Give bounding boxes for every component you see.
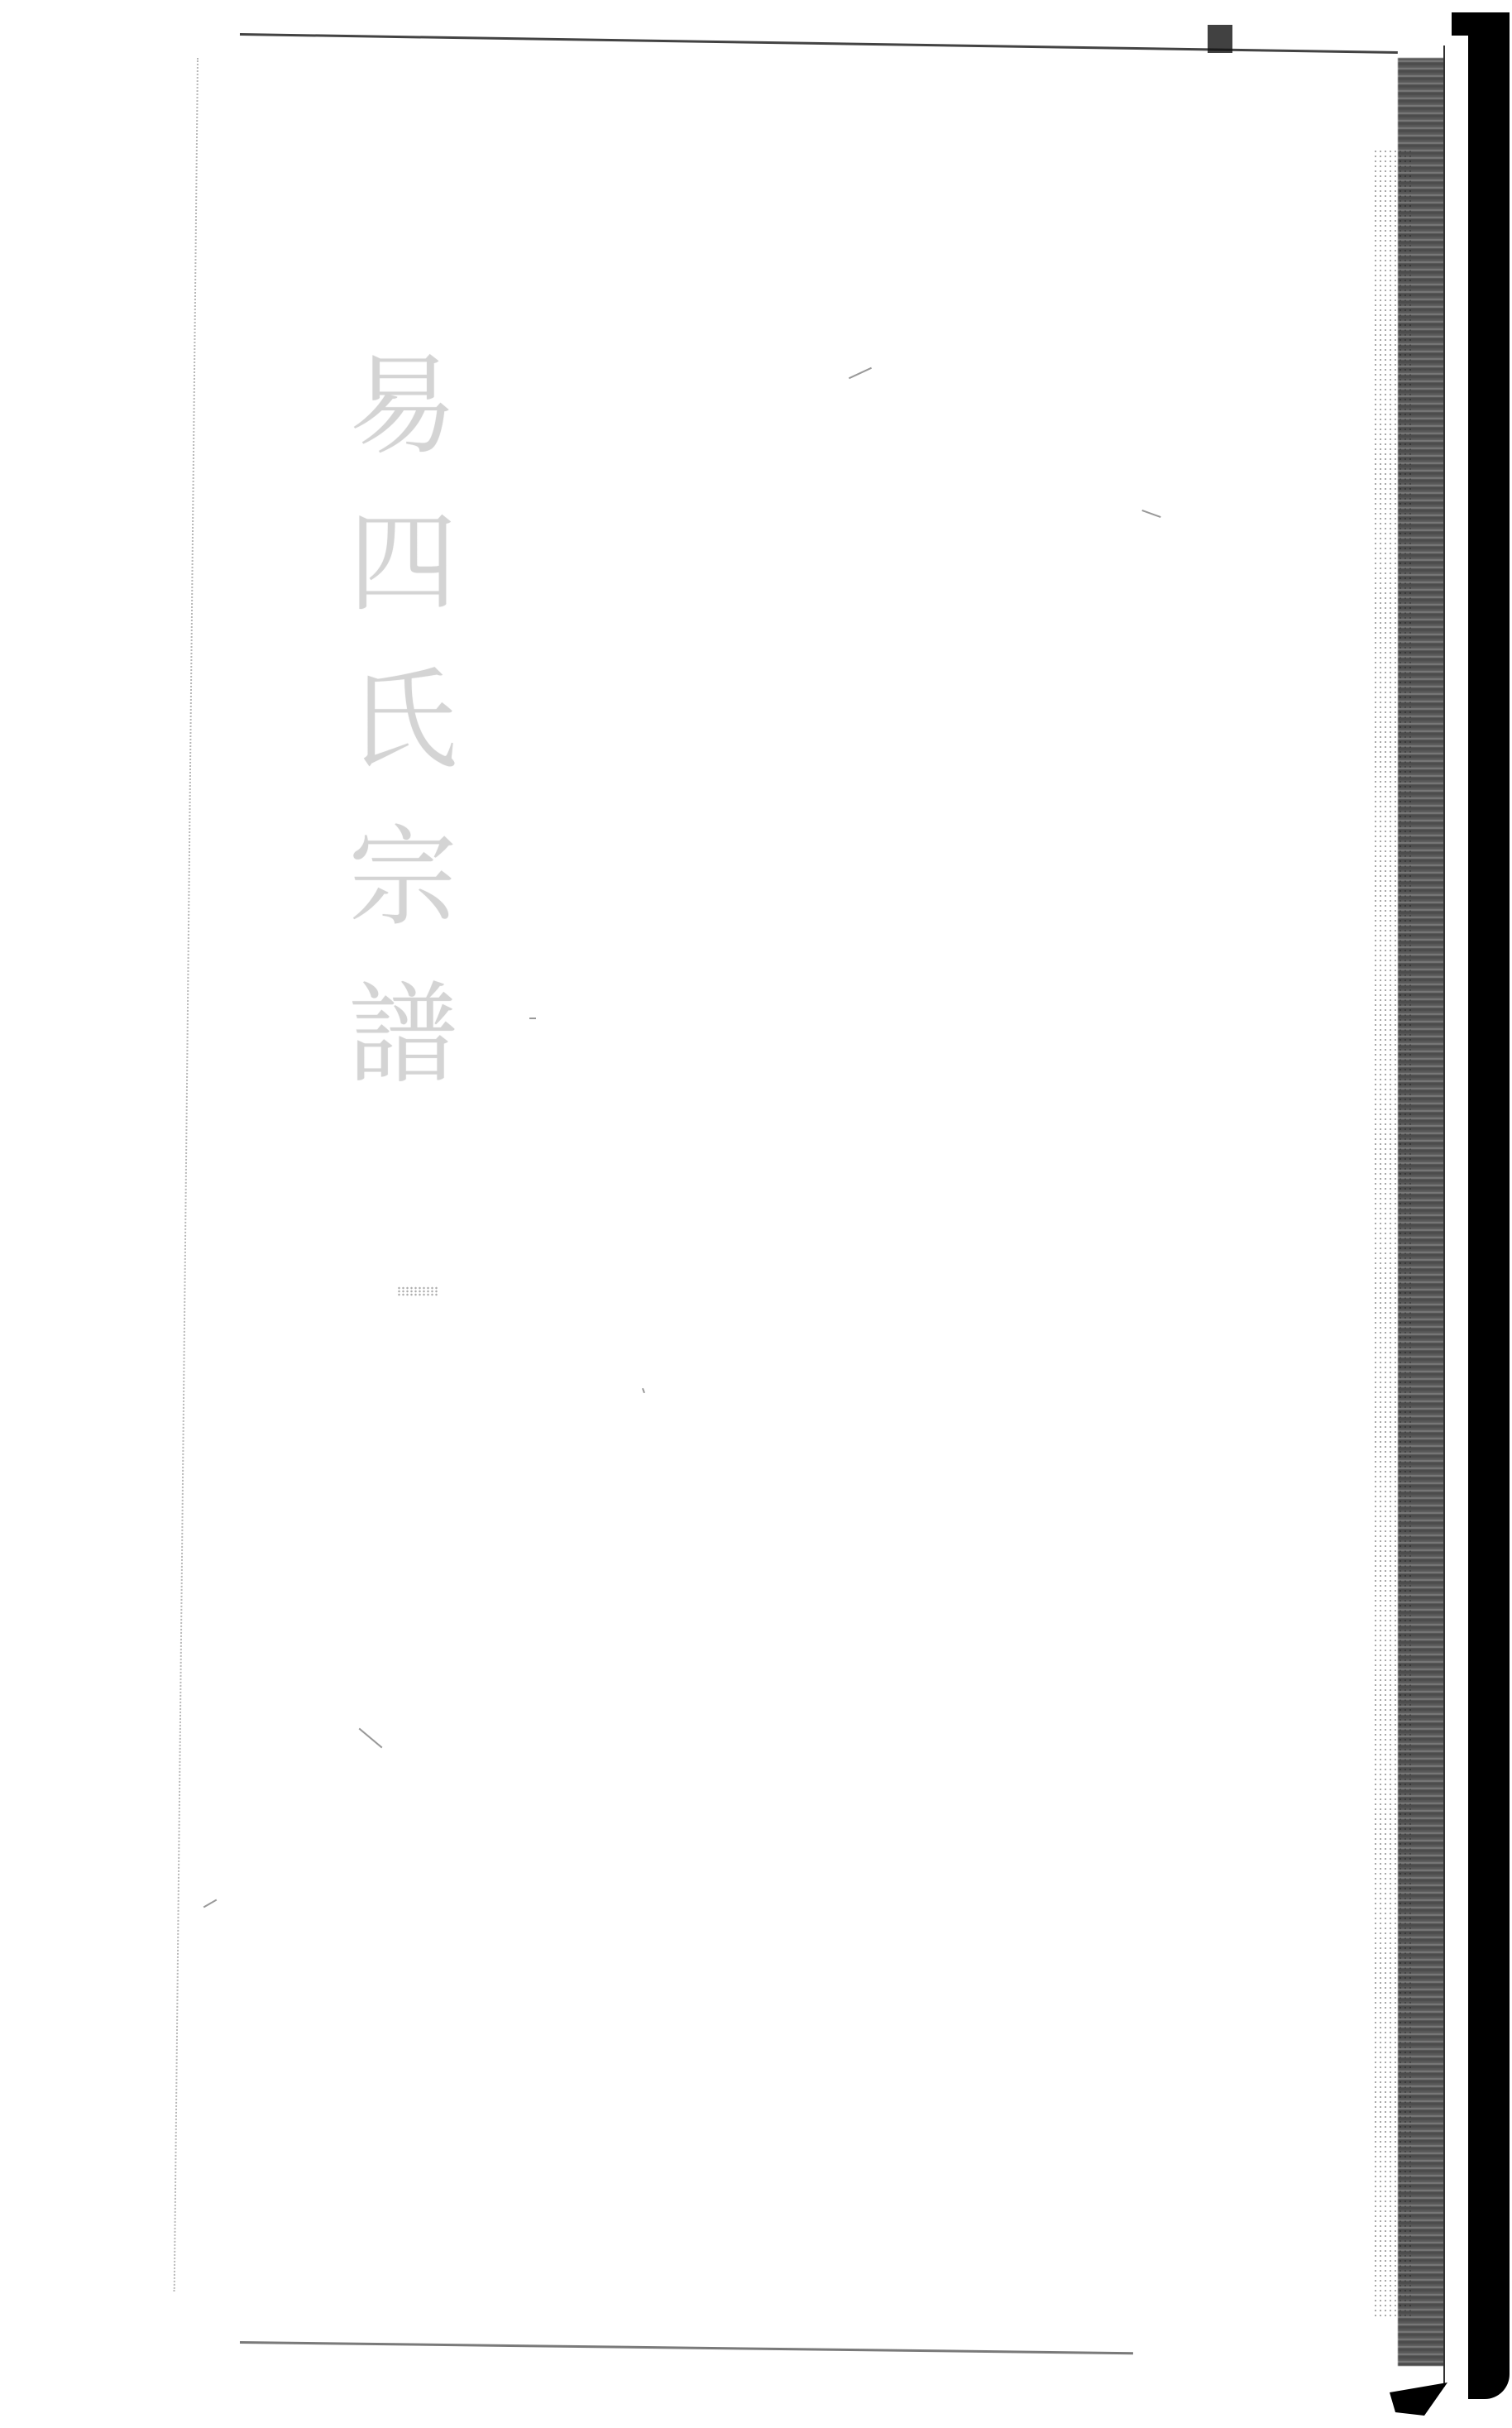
bottom-cover-corner bbox=[1390, 2383, 1447, 2416]
stray-mark bbox=[529, 1018, 536, 1019]
scanned-page: 易四氏宗譜 bbox=[0, 0, 1512, 2428]
bottom-page-edge bbox=[240, 2341, 1133, 2354]
title-end-mark bbox=[397, 1286, 438, 1296]
book-cover-edge bbox=[1468, 33, 1510, 2399]
left-border-line bbox=[174, 58, 199, 2292]
stray-mark bbox=[203, 1899, 218, 1908]
stray-mark bbox=[359, 1728, 383, 1749]
fore-edge-shadow bbox=[1398, 58, 1447, 2366]
top-cover-corner bbox=[1452, 12, 1510, 36]
stray-mark bbox=[849, 367, 872, 379]
vertical-title: 易四氏宗譜 bbox=[327, 347, 459, 1340]
stray-mark bbox=[1141, 510, 1160, 518]
top-edge-tear bbox=[1208, 25, 1232, 53]
stray-mark bbox=[642, 1388, 645, 1393]
